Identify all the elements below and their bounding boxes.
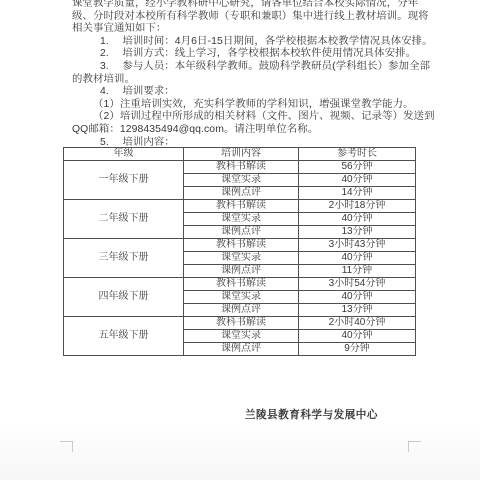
- table-row: 五年级下册教科书解读2小时40分钟: [64, 317, 416, 330]
- duration-cell: 13分钟: [299, 226, 416, 239]
- text-line: 相关事宜通知如下：: [72, 23, 414, 36]
- grade-cell: 一年级下册: [64, 161, 184, 200]
- duration-cell: 40分钟: [299, 213, 416, 226]
- content-cell: 课堂实录: [184, 330, 299, 343]
- text-line: 的教材培训。: [72, 74, 414, 87]
- content-cell: 教科书解读: [184, 200, 299, 213]
- table-row: 一年级下册教科书解读56分钟: [64, 161, 416, 174]
- signature-text: 兰陵县教育科学与发展中心: [245, 407, 378, 422]
- duration-cell: 13分钟: [299, 304, 416, 317]
- duration-cell: 14分钟: [299, 187, 416, 200]
- grade-cell: 四年级下册: [64, 278, 184, 317]
- training-content-table: 年级培训内容参考时长 一年级下册教科书解读56分钟课堂实录40分钟课例点评14分…: [63, 147, 416, 356]
- table-header-cell: 参考时长: [299, 148, 416, 161]
- content-cell: 课例点评: [184, 226, 299, 239]
- text-line: QQ邮箱：1298435494@qq.com。请注明单位名称。: [72, 124, 414, 137]
- content-cell: 课堂实录: [184, 252, 299, 265]
- duration-cell: 40分钟: [299, 252, 416, 265]
- duration-cell: 40分钟: [299, 330, 416, 343]
- content-cell: 课堂实录: [184, 174, 299, 187]
- text-line: 3. 参与人员：本年级科学教师。鼓励科学教研员(学科组长）参加全部: [72, 61, 414, 74]
- duration-cell: 3小时54分钟: [299, 278, 416, 291]
- content-cell: 课例点评: [184, 265, 299, 278]
- page-margin-corner-left-icon: [60, 441, 73, 452]
- duration-cell: 56分钟: [299, 161, 416, 174]
- content-cell: 教科书解读: [184, 278, 299, 291]
- text-line: 课堂教学质量，经小学教科研中心研究，请各单位结合本校实际情况，分年: [72, 0, 414, 11]
- duration-cell: 3小时43分钟: [299, 239, 416, 252]
- content-cell: 课例点评: [184, 343, 299, 356]
- table-row: 二年级下册教科书解读2小时18分钟: [64, 200, 416, 213]
- grade-cell: 三年级下册: [64, 239, 184, 278]
- content-cell: 课堂实录: [184, 213, 299, 226]
- grade-cell: 二年级下册: [64, 200, 184, 239]
- content-cell: 课堂实录: [184, 291, 299, 304]
- duration-cell: 2小时18分钟: [299, 200, 416, 213]
- text-line: 1. 培训时间：4月6日-15日期间，各学校根据本校教学情况具体安排。: [72, 36, 414, 49]
- notice-body: 课堂教学质量，经小学教科研中心研究，请各单位结合本校实际情况，分年级、分时段对本…: [72, 0, 414, 149]
- document-page: 课堂教学质量，经小学教科研中心研究，请各单位结合本校实际情况，分年级、分时段对本…: [0, 0, 480, 480]
- content-cell: 教科书解读: [184, 239, 299, 252]
- page-margin-corner-right-icon: [408, 441, 421, 452]
- text-line: 4. 培训要求：: [72, 86, 414, 99]
- table-header-cell: 培训内容: [184, 148, 299, 161]
- text-line: 2. 培训方式：线上学习，各学校根据本校软件使用情况具体安排。: [72, 48, 414, 61]
- grade-cell: 五年级下册: [64, 317, 184, 356]
- table-body: 一年级下册教科书解读56分钟课堂实录40分钟课例点评14分钟二年级下册教科书解读…: [64, 161, 416, 356]
- duration-cell: 40分钟: [299, 291, 416, 304]
- table-header-row: 年级培训内容参考时长: [64, 148, 416, 161]
- content-cell: 教科书解读: [184, 317, 299, 330]
- table-header-cell: 年级: [64, 148, 184, 161]
- content-cell: 教科书解读: [184, 161, 299, 174]
- table-row: 三年级下册教科书解读3小时43分钟: [64, 239, 416, 252]
- duration-cell: 40分钟: [299, 174, 416, 187]
- content-cell: 课例点评: [184, 187, 299, 200]
- content-cell: 课例点评: [184, 304, 299, 317]
- text-line: 级、分时段对本校所有科学教师（专职和兼职）集中进行线上教材培训。现将: [72, 11, 414, 24]
- duration-cell: 2小时40分钟: [299, 317, 416, 330]
- duration-cell: 11分钟: [299, 265, 416, 278]
- table-row: 四年级下册教科书解读3小时54分钟: [64, 278, 416, 291]
- text-line: （2）培训过程中所形成的相关材料（文件、图片、视频、记录等）发送到: [72, 111, 414, 124]
- text-line: （1）注重培训实效，充实科学教师的学科知识，增强课堂教学能力。: [72, 99, 414, 112]
- duration-cell: 9分钟: [299, 343, 416, 356]
